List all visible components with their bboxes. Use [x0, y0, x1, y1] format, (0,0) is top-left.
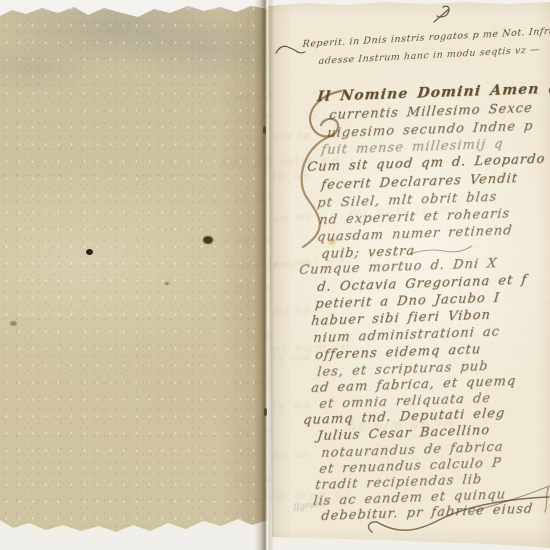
manuscript-photo: nw immi nuum innu mi nim unmn iuun mimi …	[0, 0, 550, 550]
right-written-page	[266, 0, 550, 550]
binding-stitch	[264, 408, 267, 416]
binding-gutter	[254, 0, 274, 550]
binding-stitch	[263, 126, 266, 134]
left-blank-page	[0, 0, 268, 550]
